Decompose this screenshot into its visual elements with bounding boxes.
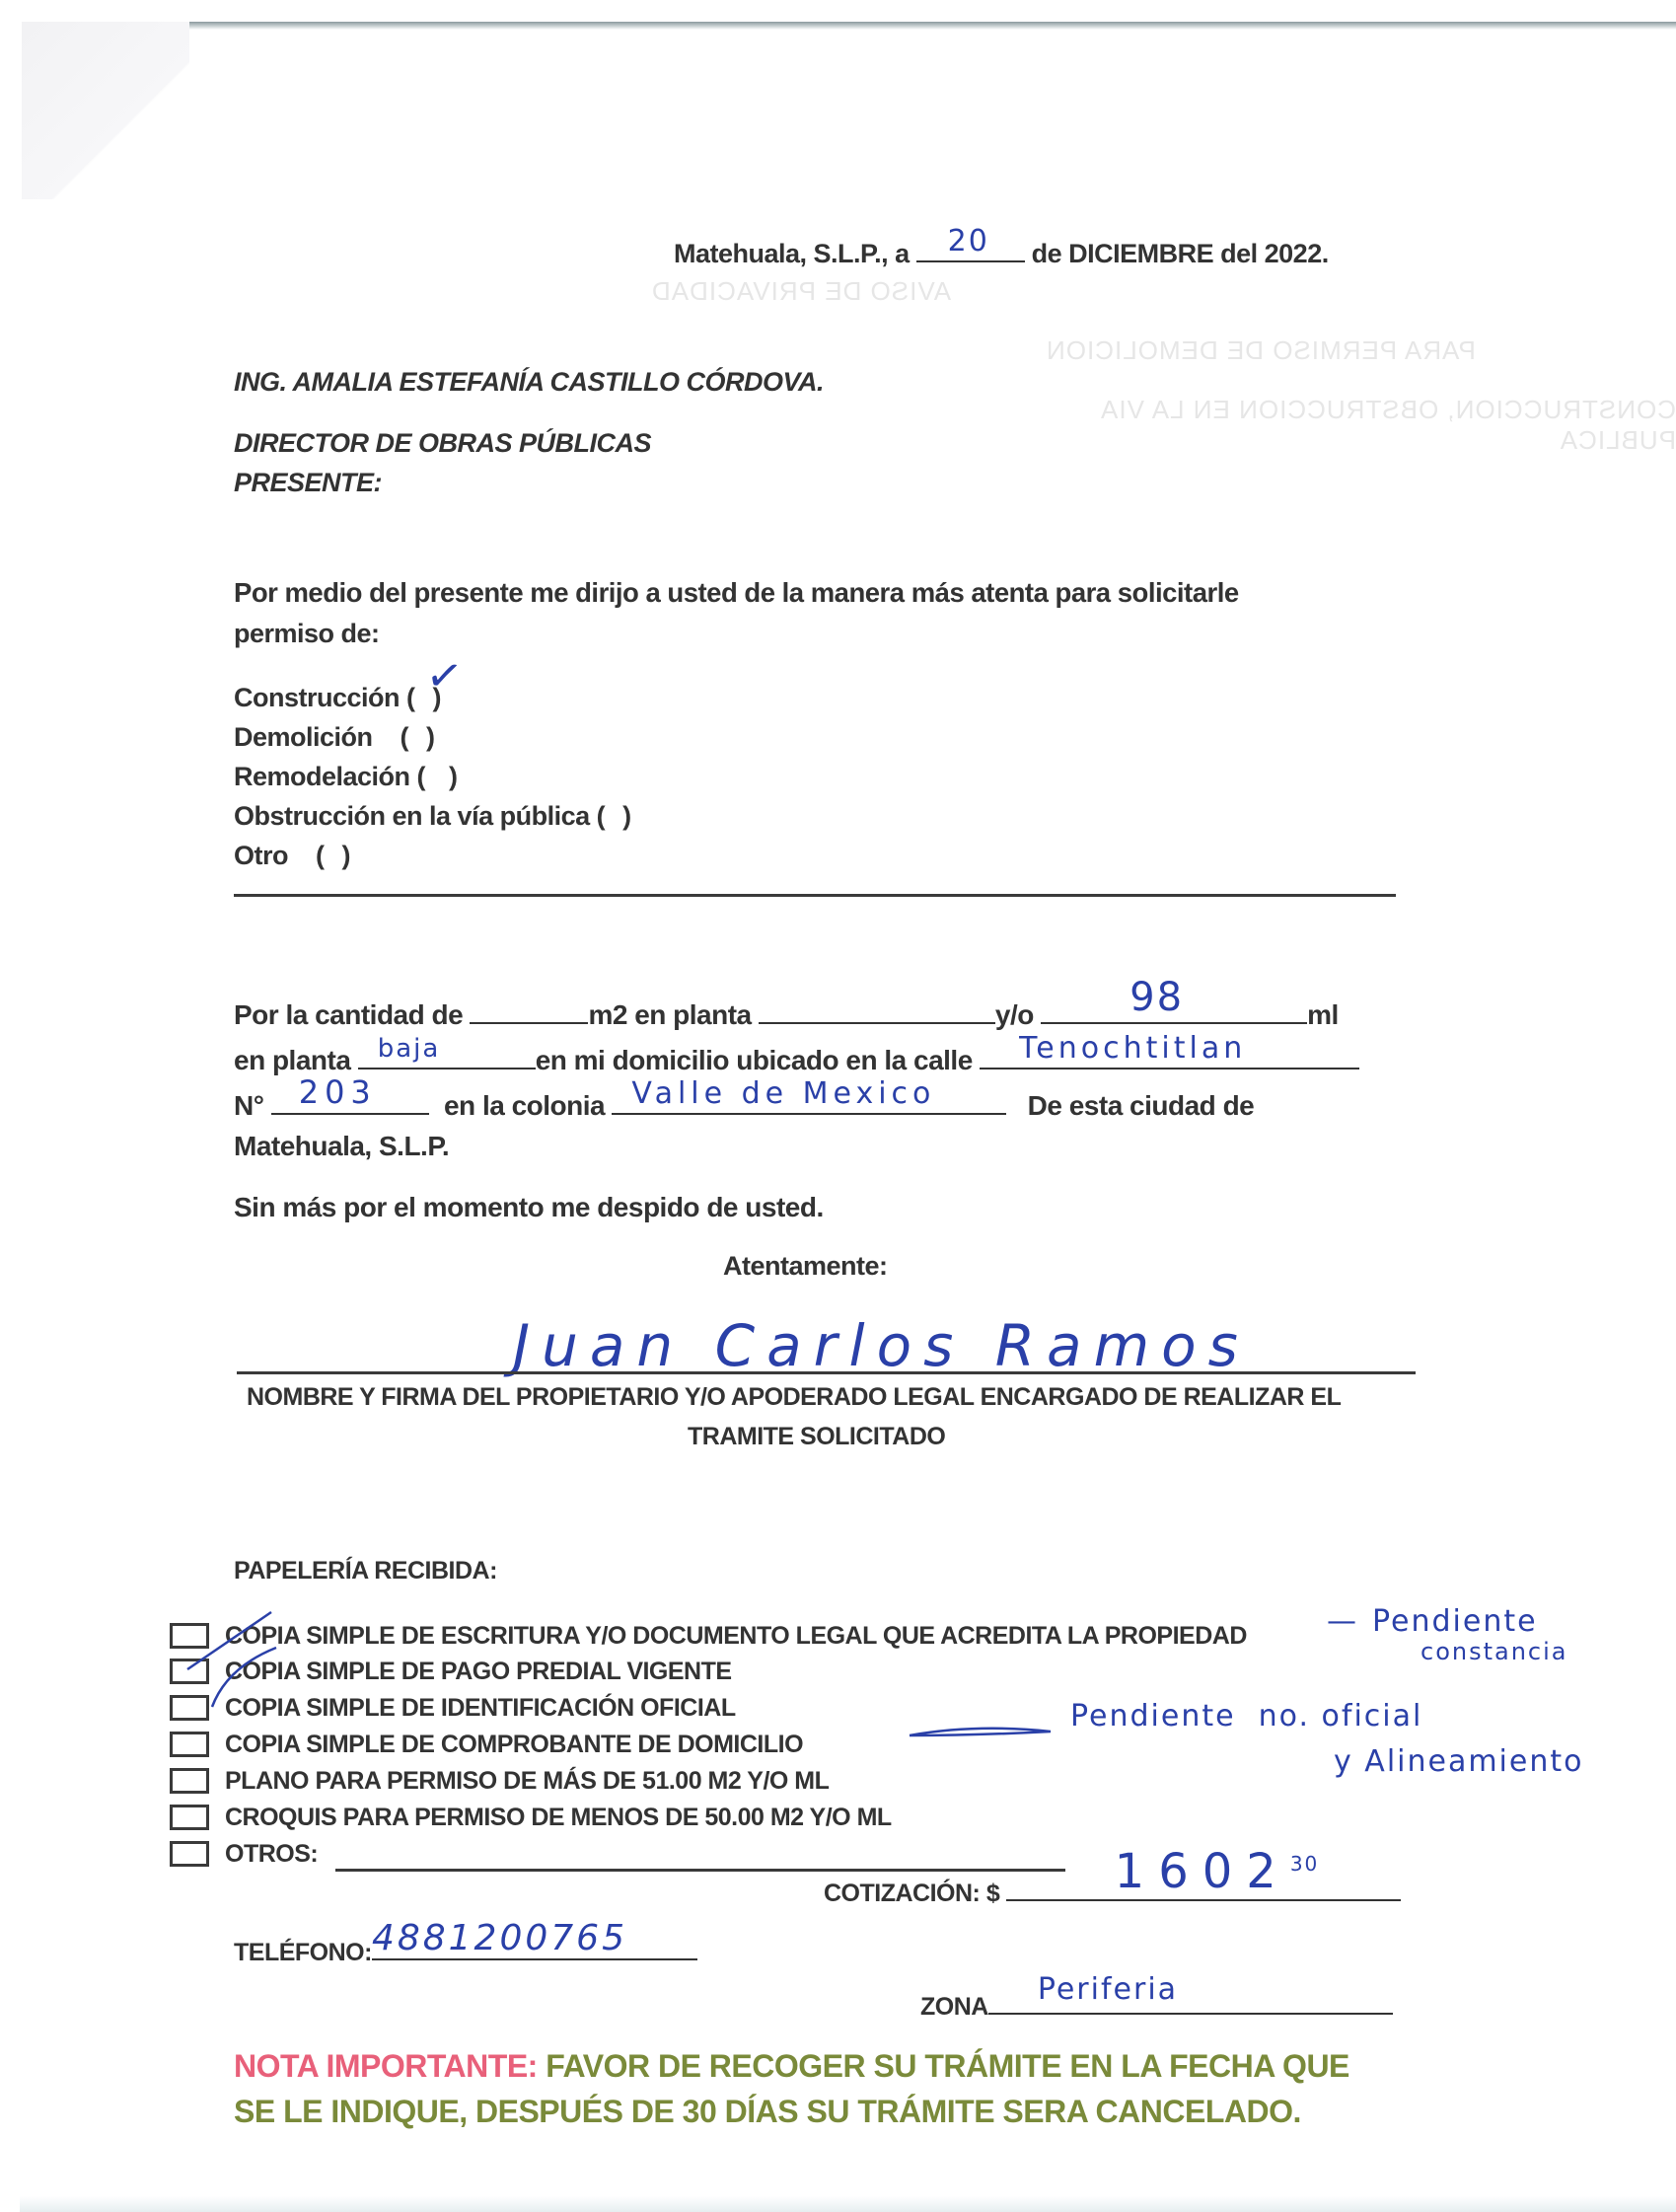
zone-field[interactable]: Periferia (988, 1983, 1393, 2015)
phone-row: TELÉFONO: 4881200765 (234, 1929, 697, 1967)
zone-row: ZONA Periferia (920, 1983, 1393, 2022)
signature-caption-1: NOMBRE Y FIRMA DEL PROPIETARIO Y/O APODE… (247, 1383, 1341, 1412)
dash: — (1327, 1604, 1358, 1639)
zone-value: Periferia (1038, 1972, 1178, 2007)
permit-option-otro[interactable]: Otro () (234, 841, 350, 871)
quote-field[interactable]: 160230 (1006, 1870, 1401, 1901)
bleed-through-text: AVISO DE PRIVACIDAD (651, 276, 951, 307)
checkbox[interactable] (170, 1732, 209, 1757)
day-field[interactable]: 20 (916, 235, 1025, 262)
note-pendiente: —Pendiente (1327, 1604, 1538, 1639)
notice-line-2: SE LE INDIQUE, DESPUÉS DE 30 DÍAS SU TRÁ… (234, 2094, 1301, 2130)
document-item-domicilio[interactable]: COPIA SIMPLE DE COMPROBANTE DE DOMICILIO (170, 1727, 803, 1762)
permit-option-remodelacion[interactable]: Remodelación () (234, 762, 458, 792)
intro-line-2: permiso de: (234, 619, 380, 649)
salutation: PRESENTE: (234, 468, 382, 498)
scan-edge-bottom (20, 2196, 1676, 2212)
folded-corner (22, 22, 189, 199)
day-value: 20 (948, 224, 989, 258)
address-line: en planta baja en mi domicilio ubicado e… (234, 1042, 1359, 1076)
m2-field[interactable] (470, 996, 588, 1024)
planta-field[interactable]: baja (358, 1042, 536, 1069)
check-mark-icon: ✓ (423, 649, 467, 704)
document-item-escritura[interactable]: COPIA SIMPLE DE ESCRITURA Y/O DOCUMENTO … (170, 1618, 1247, 1654)
colonia-value: Valle de Mexico (631, 1076, 935, 1111)
date-suffix: de DICIEMBRE del 2022. (1032, 239, 1329, 268)
document-item-plano[interactable]: PLANO PARA PERMISO DE MÁS DE 51.00 M2 Y/… (170, 1763, 829, 1799)
note-constancia: constancia (1421, 1638, 1568, 1665)
document-item-otros[interactable]: OTROS: (170, 1836, 318, 1872)
ml-field[interactable]: 98 (1041, 996, 1307, 1024)
ml-value: 98 (1129, 975, 1184, 1020)
checkbox[interactable] (170, 1768, 209, 1794)
notice-lead: NOTA IMPORTANTE: (234, 2048, 538, 2084)
checkbox[interactable] (170, 1841, 209, 1867)
number-field[interactable]: 203 (271, 1087, 429, 1115)
permit-option-demolicion[interactable]: Demolición () (234, 722, 435, 753)
zone-label: ZONA (920, 1993, 988, 2021)
otro-specify-line[interactable] (234, 894, 1396, 897)
phone-field[interactable]: 4881200765 (372, 1929, 697, 1960)
recipient-name: ING. AMALIA ESTEFANÍA CASTILLO CÓRDOVA. (234, 367, 824, 398)
documents-heading: PAPELERÍA RECIBIDA: (234, 1557, 497, 1585)
notice-line-1: NOTA IMPORTANTE: FAVOR DE RECOGER SU TRÁ… (234, 2048, 1349, 2085)
permit-option-construccion[interactable]: Construcción () (234, 683, 441, 713)
date-line: Matehuala, S.L.P., a 20 de DICIEMBRE del… (674, 235, 1329, 269)
check-mark-icon (168, 1608, 286, 1717)
scan-edge-top (182, 22, 1676, 30)
city: Matehuala, S.L.P. (234, 1131, 449, 1162)
number-value: 203 (299, 1073, 377, 1111)
place-prefix: Matehuala, S.L.P., a (674, 239, 910, 268)
document-item-croquis[interactable]: CROQUIS PARA PERMISO DE MENOS DE 50.00 M… (170, 1800, 892, 1835)
street-value: Tenochtitlan (1019, 1031, 1246, 1066)
planta-value: baja (378, 1034, 441, 1064)
quantity-line: Por la cantidad de m2 en planta y/o 98 m… (234, 996, 1339, 1031)
note-alineamiento: y Alineamiento (1334, 1744, 1583, 1779)
quote-row: COTIZACIÓN: $ 160230 (824, 1870, 1401, 1908)
checkbox[interactable] (170, 1805, 209, 1830)
colonia-field[interactable]: Valle de Mexico (612, 1087, 1006, 1115)
phone-value: 4881200765 (372, 1918, 627, 1958)
note-pendiente-oficial: Pendiente no. oficial (1070, 1699, 1422, 1733)
bleed-through-text: CONSTRUCCION, OBSTRUCCION EN LA VIA PUBL… (1046, 395, 1676, 456)
bleed-through-text: PARA PERMISO DE DEMOLICION (1046, 335, 1476, 366)
number-colonia-line: N° 203 en la colonia Valle de Mexico De … (234, 1087, 1254, 1122)
street-field[interactable]: Tenochtitlan (980, 1042, 1359, 1069)
quote-label: COTIZACIÓN: $ (824, 1880, 999, 1907)
signature-caption-2: TRAMITE SOLICITADO (688, 1423, 945, 1451)
phone-label: TELÉFONO: (234, 1939, 372, 1966)
intro-line-1: Por medio del presente me dirijo a usted… (234, 577, 1239, 609)
regards: Atentamente: (723, 1251, 888, 1282)
arrow-line-icon (908, 1722, 1056, 1741)
signature: Juan Carlos Ramos (513, 1312, 1250, 1379)
farewell: Sin más por el momento me despido de ust… (234, 1192, 824, 1223)
m2-planta-field[interactable] (759, 996, 995, 1024)
recipient-title: DIRECTOR DE OBRAS PÚBLICAS (234, 428, 651, 459)
permit-option-obstruccion[interactable]: Obstrucción en la vía pública () (234, 801, 631, 832)
signature-line[interactable] (237, 1371, 1416, 1374)
quote-value: 160230 (1115, 1844, 1320, 1899)
